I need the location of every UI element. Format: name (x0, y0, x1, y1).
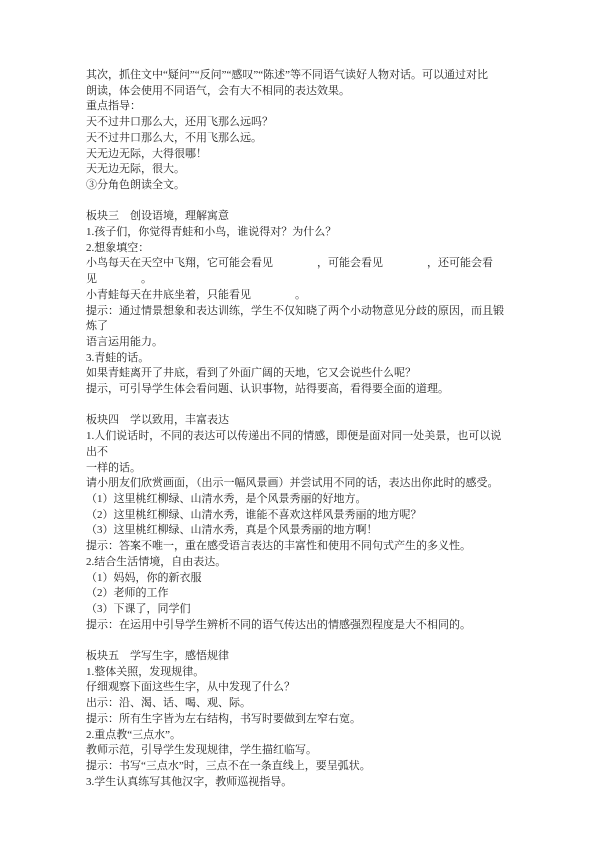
document-line: 提示，可引导学生体会看问题、认识事物，站得要高，看得要全面的道理。 (86, 382, 512, 398)
document-line: 一样的话。 (86, 461, 512, 477)
document-line: 3.学生认真练写其他汉字，教师巡视指导。 (86, 775, 512, 791)
blank-line (86, 194, 512, 210)
document-body: 其次，抓住文中“疑问”“反问”“感叹”“陈述”等不同语气读好人物对话。可以通过对… (86, 68, 512, 790)
document-line: 提示：通过情景想象和表达训练，学生不仅知晓了两个小动物意见分歧的原因，而且锻炼了 (86, 304, 512, 335)
section-heading: 板块三 创设语境，理解寓意 (86, 209, 512, 225)
section-heading: 板块四 学以致用，丰富表达 (86, 413, 512, 429)
document-line: 重点指导： (86, 99, 512, 115)
document-line: 提示：答案不唯一，重在感受语言表达的丰富性和使用不同句式产生的多义性。 (86, 539, 512, 555)
document-line: 语言运用能力。 (86, 335, 512, 351)
document-line: 提示：在运用中引导学生辨析不同的语气传达出的情感强烈程度是大不相同的。 (86, 618, 512, 634)
document-line: （3）下课了，同学们 (86, 602, 512, 618)
document-line: 提示：书写“三点水”时，三点不在一条直线上，要呈弧状。 (86, 759, 512, 775)
document-line: 1.整体关照，发现规律。 (86, 665, 512, 681)
document-line: 教师示范，引导学生发现规律，学生描红临写。 (86, 743, 512, 759)
document-line: 天不过井口那么大，不用飞那么远。 (86, 131, 512, 147)
blank-line (86, 398, 512, 414)
document-page: 其次，抓住文中“疑问”“反问”“感叹”“陈述”等不同语气读好人物对话。可以通过对… (0, 0, 595, 842)
document-line: 2.想象填空： (86, 241, 512, 257)
document-line: 2.结合生活情境，自由表达。 (86, 555, 512, 571)
document-line: 1.人们说话时，不同的表达可以传递出不同的情感，即便是面对同一处美景，也可以说出… (86, 429, 512, 460)
document-line: 其次，抓住文中“疑问”“反问”“感叹”“陈述”等不同语气读好人物对话。可以通过对… (86, 68, 512, 84)
document-line: ③分角色朗读全文。 (86, 178, 512, 194)
document-line: 朗读，体会使用不同语气，会有大不相同的表达效果。 (86, 84, 512, 100)
blank-line (86, 633, 512, 649)
document-line: 1.孩子们，你觉得青蛙和小鸟，谁说得对？为什么？ (86, 225, 512, 241)
document-line: 天无边无际，大得很哪！ (86, 147, 512, 163)
document-line: （2）这里桃红柳绿、山清水秀，谁能不喜欢这样风景秀丽的地方呢？ (86, 508, 512, 524)
document-line: 天不过井口那么大，还用飞那么远吗？ (86, 115, 512, 131)
document-line: 请小朋友们欣赏画面，（出示一幅风景画）并尝试用不同的话，表达出你此时的感受。 (86, 476, 512, 492)
document-line: 天无边无际，很大。 (86, 162, 512, 178)
document-line: 出示：沿、渴、话、喝、观、际。 (86, 696, 512, 712)
section-heading: 板块五 学写生字，感悟规律 (86, 649, 512, 665)
document-line: （3）这里桃红柳绿、山清水秀，真是个风景秀丽的地方啊！ (86, 523, 512, 539)
document-line: 仔细观察下面这些生字，从中发现了什么？ (86, 680, 512, 696)
document-line: 见 。 (86, 272, 512, 288)
document-line: （1）妈妈，你的新衣服 (86, 571, 512, 587)
document-line: （1）这里桃红柳绿、山清水秀，是个风景秀丽的好地方。 (86, 492, 512, 508)
document-line: 如果青蛙离开了井底，看到了外面广阔的天地，它又会说些什么呢？ (86, 366, 512, 382)
document-line: 提示：所有生字皆为左右结构，书写时要做到左窄右宽。 (86, 712, 512, 728)
document-line: 3.青蛙的话。 (86, 351, 512, 367)
document-line: 小青蛙每天在井底坐着，只能看见 。 (86, 288, 512, 304)
document-line: （2）老师的工作 (86, 586, 512, 602)
document-line: 小鸟每天在天空中飞翔，它可能会看见 ，可能会看见 ，还可能会看 (86, 256, 512, 272)
document-line: 2.重点教“三点水”。 (86, 728, 512, 744)
